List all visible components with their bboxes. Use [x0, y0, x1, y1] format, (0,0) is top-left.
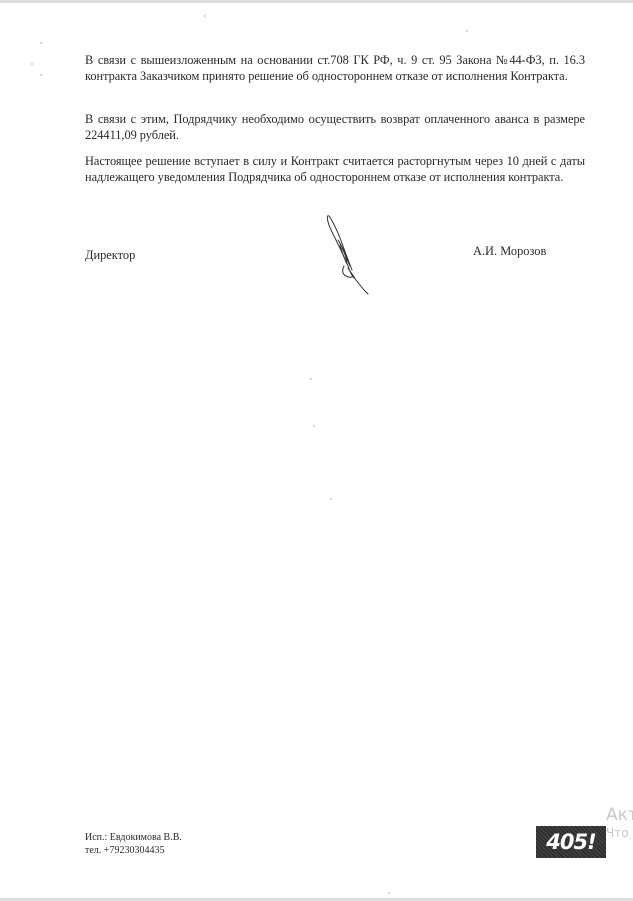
footer-contact: Исп.: Евдокимова В.В. тел. +79230304435 — [85, 832, 182, 857]
paragraph-effective-date: Настоящее решение вступает в силу и Конт… — [85, 153, 585, 185]
paragraph-termination-basis: В связи с вышеизложенным на основании ст… — [85, 52, 585, 84]
handwritten-signature — [312, 208, 382, 300]
activation-subtitle: Что — [606, 825, 633, 841]
watermark-logo: 405! — [536, 826, 606, 858]
executor-phone: тел. +79230304435 — [85, 845, 182, 858]
activation-title: Акт — [606, 805, 633, 825]
windows-activation-watermark: Акт Что — [606, 805, 633, 841]
signatory-name: А.И. Морозов — [473, 244, 546, 259]
page-top-edge — [0, 0, 633, 3]
executor-name: Исп.: Евдокимова В.В. — [85, 832, 182, 845]
paragraph-advance-refund: В связи с этим, Подрядчику необходимо ос… — [85, 111, 585, 143]
signatory-role: Директор — [85, 248, 135, 263]
